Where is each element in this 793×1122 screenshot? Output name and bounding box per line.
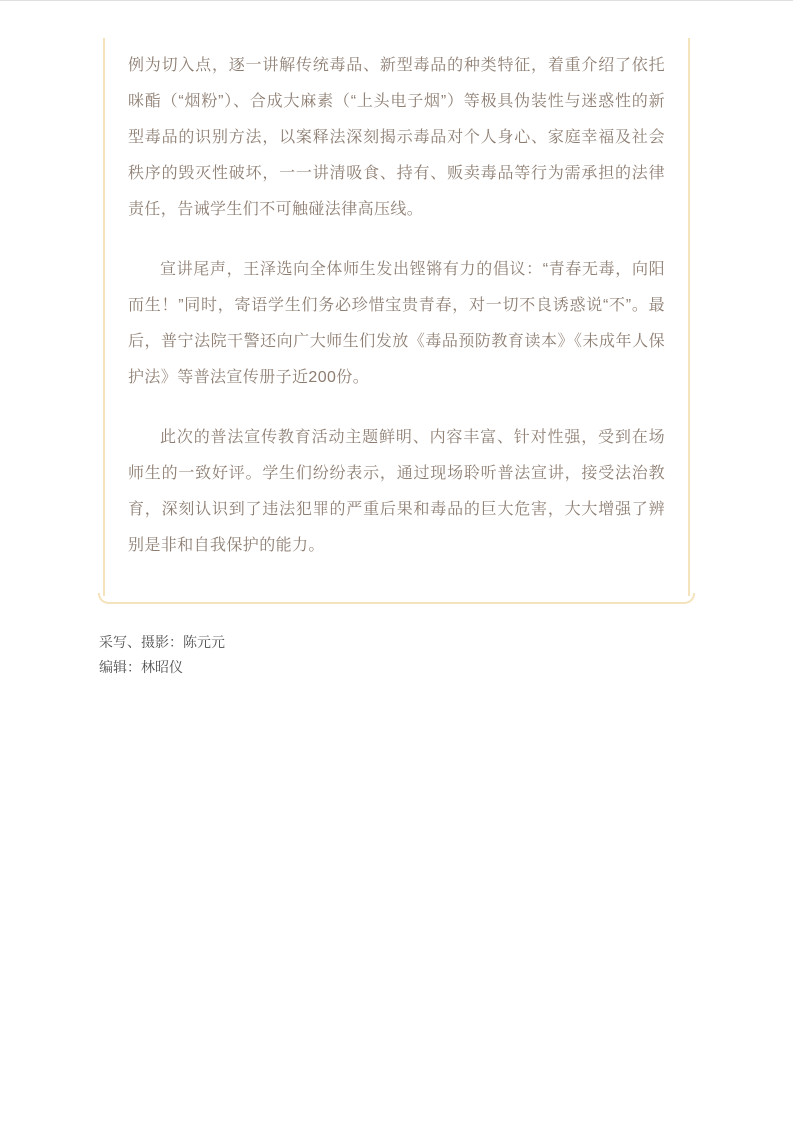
frame-bottom-ornament xyxy=(98,593,695,604)
credit-editor: 编辑：林昭仪 xyxy=(99,655,793,680)
credit-reporter-photographer: 采写、摄影：陈元元 xyxy=(99,630,793,655)
credits-block: 采写、摄影：陈元元 编辑：林昭仪 xyxy=(99,630,793,680)
decorated-content-frame: 例为切入点，逐一讲解传统毒品、新型毒品的种类特征，着重介绍了依托咪酯（“烟粉”）… xyxy=(103,38,690,604)
paragraph-continuation: 例为切入点，逐一讲解传统毒品、新型毒品的种类特征，着重介绍了依托咪酯（“烟粉”）… xyxy=(128,48,665,228)
paragraph-closing-appeal: 宣讲尾声，王泽选向全体师生发出铿锵有力的倡议：“青春无毒，向阳而生！”同时，寄语… xyxy=(128,252,665,396)
paragraph-event-summary: 此次的普法宣传教育活动主题鲜明、内容丰富、针对性强，受到在场师生的一致好评。学生… xyxy=(128,420,665,564)
article-body: 例为切入点，逐一讲解传统毒品、新型毒品的种类特征，着重介绍了依托咪酯（“烟粉”）… xyxy=(0,1,793,680)
